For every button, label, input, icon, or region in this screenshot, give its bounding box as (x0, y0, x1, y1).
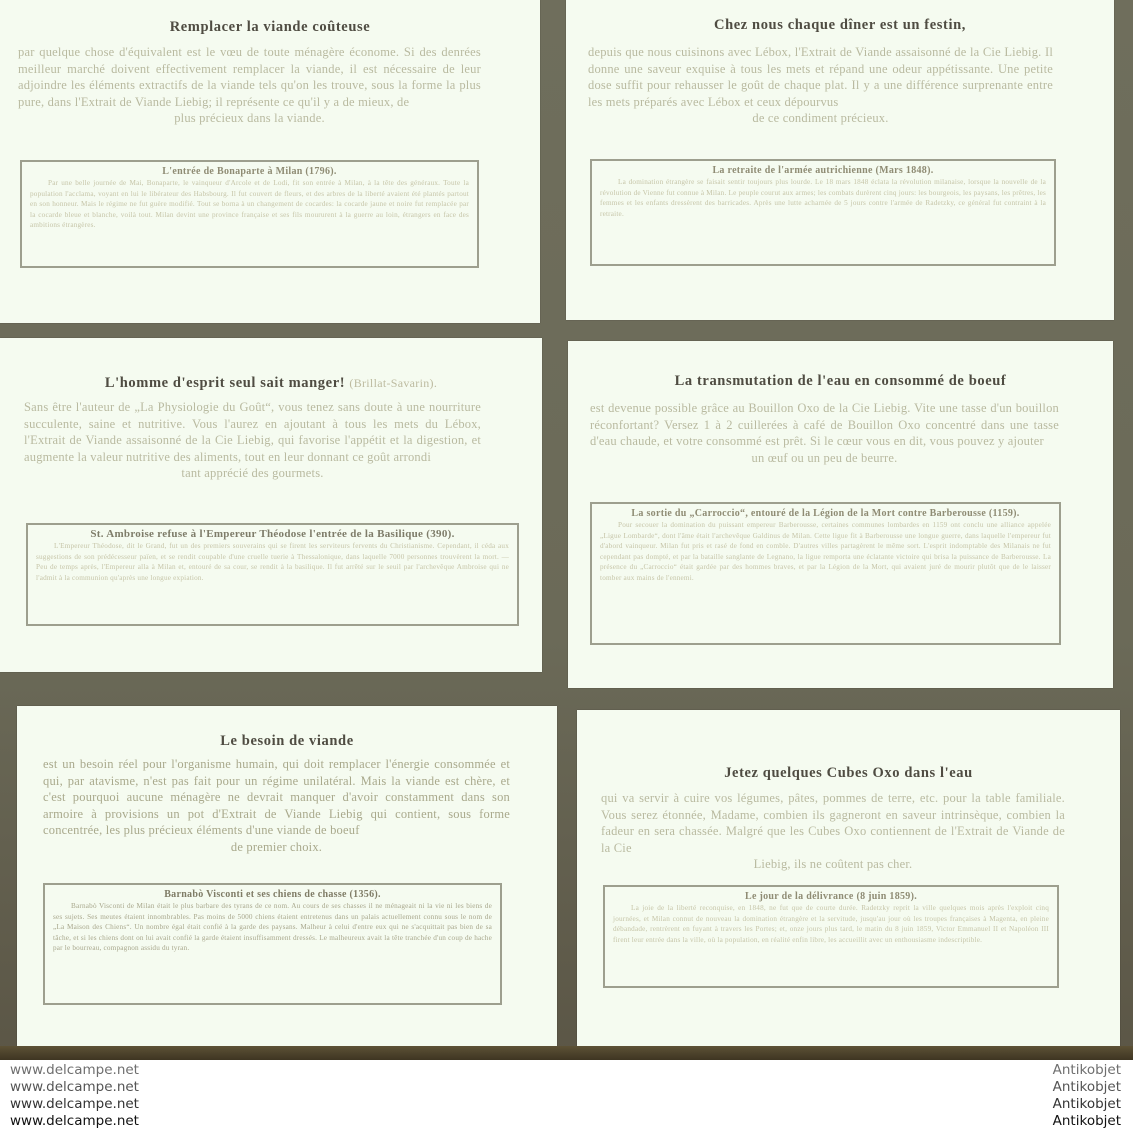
watermark-line: Antikobjet (1053, 1113, 1121, 1130)
history-box-title: St. Ambroise refuse à l'Empereur Théodos… (36, 529, 509, 540)
card-body-text: qui va servir à cuire vos légumes, pâtes… (601, 791, 1065, 855)
history-box-title: Barnabò Visconti et ses chiens de chasse… (53, 889, 492, 900)
card-body-last-line: un œuf ou un peu de beurre. (590, 450, 1059, 467)
seller-watermark: Antikobjet Antikobjet Antikobjet Antikob… (1053, 1062, 1121, 1130)
card-title: La transmutation de l'eau en consommé de… (568, 373, 1113, 390)
history-box-text: Pour secouer la domination du puissant e… (600, 520, 1051, 583)
card-title: Jetez quelques Cubes Oxo dans l'eau (577, 765, 1120, 782)
history-box-text: La domination étrangère se faisait senti… (600, 177, 1046, 219)
card-title: L'homme d'esprit seul sait manger! (Bril… (0, 375, 542, 392)
delcampe-watermark: www.delcampe.net www.delcampe.net www.de… (10, 1062, 139, 1130)
card-title: Le besoin de viande (17, 733, 557, 750)
history-box-text: Par une belle journée de Mai, Bonaparte,… (30, 178, 469, 231)
card-body: qui va servir à cuire vos légumes, pâtes… (601, 790, 1065, 873)
watermark-line: www.delcampe.net (10, 1062, 139, 1079)
card-body-last-line: de premier choix. (43, 839, 510, 856)
card-body: depuis que nous cuisinons avec Lébox, l'… (588, 44, 1053, 127)
card-body: par quelque chose d'équivalent est le vœ… (18, 44, 481, 127)
card-besoin-de-viande: Le besoin de viande est un besoin réel p… (17, 706, 557, 1046)
watermark-line: www.delcampe.net (10, 1113, 139, 1130)
card-body: est devenue possible grâce au Bouillon O… (590, 400, 1059, 466)
card-history-box: La sortie du „Carroccio“, entouré de la … (590, 502, 1061, 645)
card-chez-nous-festin: Chez nous chaque dîner est un festin, de… (566, 0, 1114, 320)
card-body-text: par quelque chose d'équivalent est le vœ… (18, 45, 481, 109)
card-history-box: St. Ambroise refuse à l'Empereur Théodos… (26, 523, 519, 626)
card-title-attribution: (Brillat-Savarin). (349, 376, 437, 390)
history-box-text: Barnabò Visconti de Milan était le plus … (53, 901, 492, 954)
card-body: est un besoin réel pour l'organisme huma… (43, 756, 510, 855)
history-box-title: L'entrée de Bonaparte à Milan (1796). (30, 166, 469, 177)
card-title-text: Chez nous chaque dîner est un festin, (714, 17, 966, 33)
history-box-text: L'Empereur Théodose, dit le Grand, fut u… (36, 541, 509, 583)
watermark-line: www.delcampe.net (10, 1096, 139, 1113)
watermark-line: Antikobjet (1053, 1079, 1121, 1096)
card-transmutation-eau: La transmutation de l'eau en consommé de… (568, 341, 1113, 688)
card-body-last-line: Liebig, ils ne coûtent pas cher. (601, 856, 1065, 873)
card-body-text: depuis que nous cuisinons avec Lébox, l'… (588, 45, 1053, 109)
card-title-text: La transmutation de l'eau en consommé de… (675, 373, 1007, 389)
card-body-last-line: tant apprécié des gourmets. (24, 465, 481, 482)
card-title: Remplacer la viande coûteuse (0, 19, 540, 36)
card-body-last-line: plus précieux dans la viande. (18, 110, 481, 127)
card-title-text: L'homme d'esprit seul sait manger! (105, 375, 345, 391)
card-history-box: L'entrée de Bonaparte à Milan (1796). Pa… (20, 160, 479, 268)
card-title: Chez nous chaque dîner est un festin, (566, 17, 1114, 34)
card-history-box: Le jour de la délivrance (8 juin 1859). … (603, 885, 1059, 988)
card-history-box: Barnabò Visconti et ses chiens de chasse… (43, 883, 502, 1005)
card-title-text: Le besoin de viande (220, 733, 353, 749)
card-remplacer-la-viande: Remplacer la viande coûteuse par quelque… (0, 0, 540, 323)
card-board-background: Remplacer la viande coûteuse par quelque… (0, 0, 1133, 1060)
watermark-line: Antikobjet (1053, 1062, 1121, 1079)
card-history-box: La retraite de l'armée autrichienne (Mar… (590, 159, 1056, 266)
history-box-title: La sortie du „Carroccio“, entouré de la … (600, 508, 1051, 519)
watermark-line: Antikobjet (1053, 1096, 1121, 1113)
card-body-text: est devenue possible grâce au Bouillon O… (590, 401, 1059, 448)
card-body: Sans être l'auteur de „La Physiologie du… (24, 399, 481, 482)
card-homme-d-esprit: L'homme d'esprit seul sait manger! (Bril… (0, 338, 542, 672)
card-body-last-line: de ce condiment précieux. (588, 110, 1053, 127)
history-box-title: La retraite de l'armée autrichienne (Mar… (600, 165, 1046, 176)
card-title-text: Remplacer la viande coûteuse (170, 19, 371, 35)
history-box-text: La joie de la liberté reconquise, en 184… (613, 903, 1049, 945)
card-body-text: Sans être l'auteur de „La Physiologie du… (24, 400, 481, 464)
history-box-title: Le jour de la délivrance (8 juin 1859). (613, 891, 1049, 902)
card-title-text: Jetez quelques Cubes Oxo dans l'eau (724, 765, 973, 781)
card-body-text: est un besoin réel pour l'organisme huma… (43, 757, 510, 837)
card-cubes-oxo: Jetez quelques Cubes Oxo dans l'eau qui … (577, 710, 1120, 1047)
watermark-line: www.delcampe.net (10, 1079, 139, 1096)
